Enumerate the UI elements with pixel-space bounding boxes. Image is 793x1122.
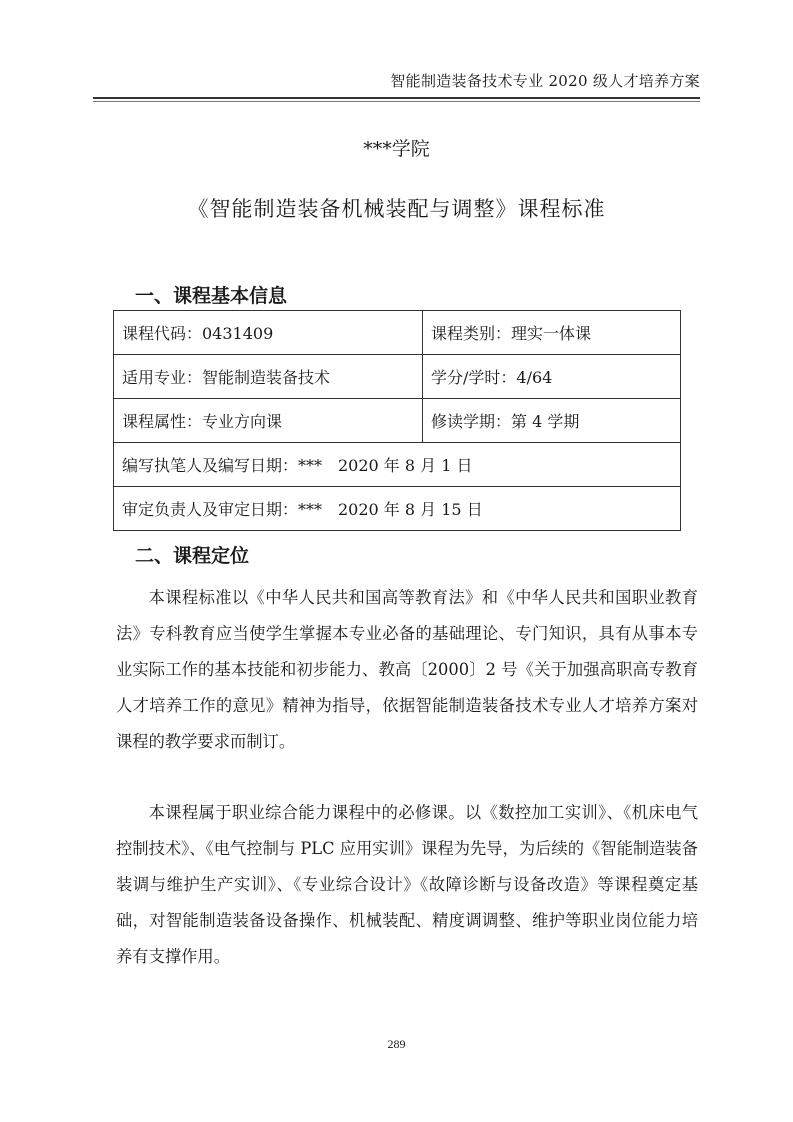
- table-row: 审定负责人及审定日期：*** 2020 年 8 月 15 日: [114, 487, 681, 531]
- school-name: ***学院: [0, 134, 793, 161]
- table-row: 课程代码：0431409 课程类别：理实一体课: [114, 311, 681, 355]
- course-info-table: 课程代码：0431409 课程类别：理实一体课 适用专业：智能制造装备技术 学分…: [113, 310, 681, 531]
- table-cell-semester: 修读学期：第 4 学期: [423, 399, 681, 443]
- table-cell-course-type: 课程类别：理实一体课: [423, 311, 681, 355]
- document-title: 《智能制造装备机械装配与调整》课程标准: [0, 193, 793, 223]
- table-cell-course-code: 课程代码：0431409: [114, 311, 423, 355]
- paragraph: 本课程属于职业综合能力课程中的必修课。以《数控加工实训》、《机床电气控制技术》、…: [116, 795, 698, 975]
- running-header: 智能制造装备技术专业 2020 级人才培养方案: [390, 70, 700, 91]
- section-heading-basic-info: 一、课程基本信息: [135, 281, 287, 308]
- table-row: 适用专业：智能制造装备技术 学分/学时：4/64: [114, 355, 681, 399]
- table-cell-credits-hours: 学分/学时：4/64: [423, 355, 681, 399]
- table-row: 编写执笔人及编写日期：*** 2020 年 8 月 1 日: [114, 443, 681, 487]
- paragraph: 本课程标准以《中华人民共和国高等教育法》和《中华人民共和国职业教育法》专科教育应…: [116, 580, 698, 760]
- table-cell-course-attribute: 课程属性：专业方向课: [114, 399, 423, 443]
- table-cell-author-date: 编写执笔人及编写日期：*** 2020 年 8 月 1 日: [114, 443, 681, 487]
- table-row: 课程属性：专业方向课 修读学期：第 4 学期: [114, 399, 681, 443]
- page-number: 289: [0, 1037, 793, 1052]
- header-rule: [93, 97, 700, 99]
- header-rule-thin: [93, 101, 700, 102]
- table-cell-reviewer-date: 审定负责人及审定日期：*** 2020 年 8 月 15 日: [114, 487, 681, 531]
- table-cell-major: 适用专业：智能制造装备技术: [114, 355, 423, 399]
- section-heading-positioning: 二、课程定位: [135, 541, 249, 568]
